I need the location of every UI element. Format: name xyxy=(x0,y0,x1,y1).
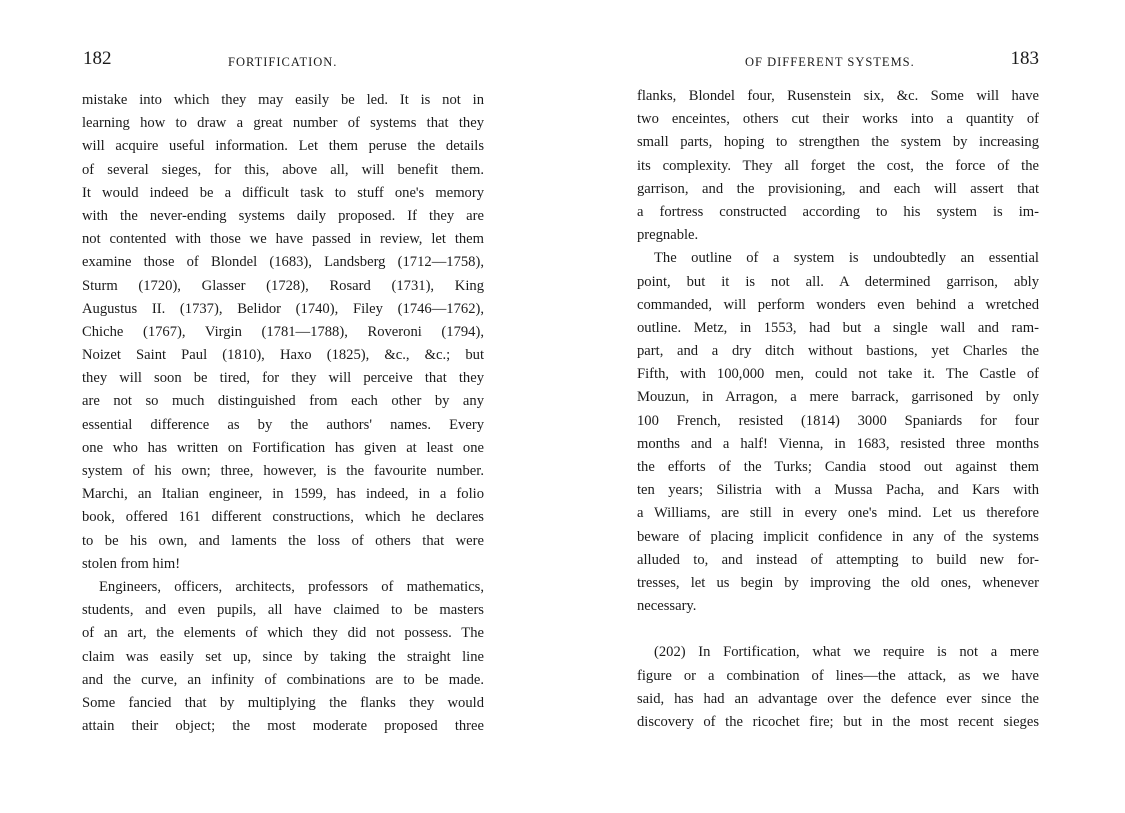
text-line: examine those of Blondel (1683), Landsbe… xyxy=(82,251,484,274)
running-head-title: OF DIFFERENT SYSTEMS. xyxy=(745,55,915,70)
text-line: of an art, the elements of which they di… xyxy=(82,622,484,645)
text-line: a fortress constructed according to his … xyxy=(637,201,1039,224)
text-line: discovery of the ricochet fire; but in t… xyxy=(637,711,1039,734)
text-line: one who has written on Fortification has… xyxy=(82,437,484,460)
text-line: Mouzun, in Arragon, a mere barrack, garr… xyxy=(637,386,1039,409)
text-line: part, and a dry ditch without bastions, … xyxy=(637,340,1039,363)
page-body: flanks, Blondel four, Rusenstein six, &c… xyxy=(637,85,1039,734)
text-line: book, offered 161 different construction… xyxy=(82,506,484,529)
text-line: Noizet Saint Paul (1810), Haxo (1825), &… xyxy=(82,344,484,367)
text-line: It would indeed be a difficult task to s… xyxy=(82,182,484,205)
text-line: the efforts of the Turks; Candia stood o… xyxy=(637,456,1039,479)
text-line: not contented with those we have passed … xyxy=(82,228,484,251)
text-line: beware of placing implicit confidence in… xyxy=(637,526,1039,549)
text-line: flanks, Blondel four, Rusenstein six, &c… xyxy=(637,85,1039,108)
paragraph-start-line: Engineers, officers, architects, profess… xyxy=(82,576,484,599)
text-line: two enceintes, others cut their works in… xyxy=(637,108,1039,131)
page-number: 182 xyxy=(83,48,112,70)
text-line: Sturm (1720), Glasser (1728), Rosard (17… xyxy=(82,275,484,298)
text-line: said, has had an advantage over the defe… xyxy=(637,688,1039,711)
text-line: tresses, let us begin by improving the o… xyxy=(637,572,1039,595)
text-line: claim was easily set up, since by taking… xyxy=(82,646,484,669)
running-head: 182 FORTIFICATION. xyxy=(82,48,484,72)
text-line: will acquire useful information. Let the… xyxy=(82,135,484,158)
running-head: OF DIFFERENT SYSTEMS. 183 xyxy=(637,48,1039,72)
text-line: garrison, and the provisioning, and each… xyxy=(637,178,1039,201)
text-line: attain their object; the most moderate p… xyxy=(82,715,484,738)
text-line: pregnable. xyxy=(637,224,1039,247)
text-line: Fifth, with 100,000 men, could not take … xyxy=(637,363,1039,386)
text-line: small parts, hoping to strengthen the sy… xyxy=(637,131,1039,154)
text-line: Augustus II. (1737), Belidor (1740), Fil… xyxy=(82,298,484,321)
text-line: ten years; Silistria with a Mussa Pacha,… xyxy=(637,479,1039,502)
section-gap xyxy=(637,618,1039,641)
page-body: mistake into which they may easily be le… xyxy=(82,89,484,738)
text-line: essential difference as by the authors' … xyxy=(82,414,484,437)
text-line: Marchi, an Italian engineer, in 1599, ha… xyxy=(82,483,484,506)
left-page: 182 FORTIFICATION. mistake into which th… xyxy=(82,0,484,813)
right-page: OF DIFFERENT SYSTEMS. 183 flanks, Blonde… xyxy=(637,0,1039,813)
text-line: to be his own, and laments the loss of o… xyxy=(82,530,484,553)
text-line: with the never-ending systems daily prop… xyxy=(82,205,484,228)
text-line: necessary. xyxy=(637,595,1039,618)
text-line: stolen from him! xyxy=(82,553,484,576)
text-line: outline. Metz, in 1553, had but a single… xyxy=(637,317,1039,340)
text-line: system of his own; three, however, is th… xyxy=(82,460,484,483)
text-line: students, and even pupils, all have clai… xyxy=(82,599,484,622)
text-line: figure or a combination of lines—the att… xyxy=(637,665,1039,688)
text-line: they will soon be tired, for they will p… xyxy=(82,367,484,390)
text-line: are not so much distinguished from each … xyxy=(82,390,484,413)
text-line: mistake into which they may easily be le… xyxy=(82,89,484,112)
page-number: 183 xyxy=(1011,48,1040,70)
text-line: its complexity. They all forget the cost… xyxy=(637,155,1039,178)
text-line: Some fancied that by multiplying the fla… xyxy=(82,692,484,715)
text-line: months and a half! Vienna, in 1683, resi… xyxy=(637,433,1039,456)
text-line: of several sieges, for this, above all, … xyxy=(82,159,484,182)
running-head-title: FORTIFICATION. xyxy=(228,55,337,70)
text-line: learning how to draw a great number of s… xyxy=(82,112,484,135)
section-start-line: (202) In Fortification, what we require … xyxy=(637,641,1039,664)
text-line: Chiche (1767), Virgin (1781—1788), Rover… xyxy=(82,321,484,344)
text-line: alluded to, and instead of attempting to… xyxy=(637,549,1039,572)
paragraph-start-line: The outline of a system is undoubtedly a… xyxy=(637,247,1039,270)
text-line: a Williams, are still in every one's min… xyxy=(637,502,1039,525)
text-line: and the curve, an infinity of combinatio… xyxy=(82,669,484,692)
text-line: point, but it is not all. A determined g… xyxy=(637,271,1039,294)
text-line: commanded, will perform wonders even beh… xyxy=(637,294,1039,317)
text-line: 100 French, resisted (1814) 3000 Spaniar… xyxy=(637,410,1039,433)
